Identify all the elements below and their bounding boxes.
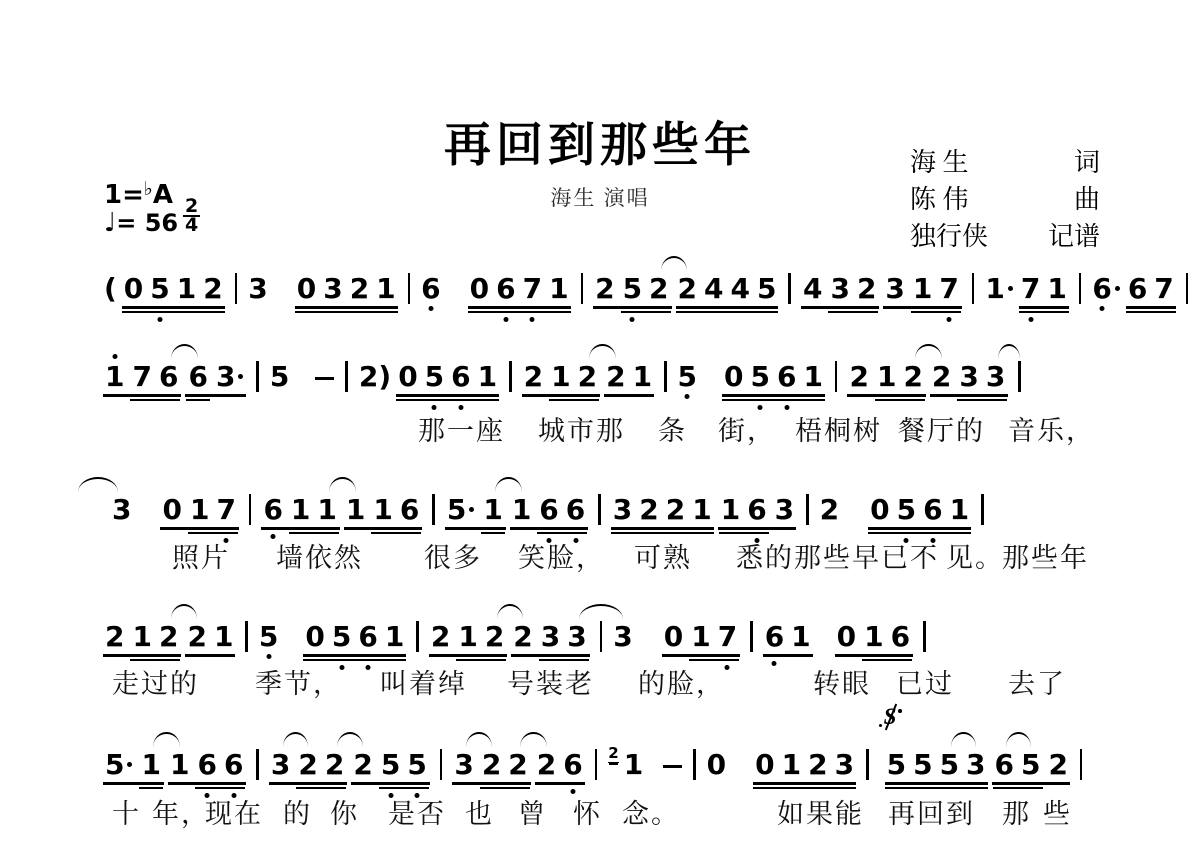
lyric-segment: 走过的 bbox=[112, 662, 199, 701]
lyric-segment: 你 bbox=[330, 792, 359, 831]
beam-group: 1 bbox=[482, 495, 503, 525]
note-7: 7 bbox=[132, 362, 151, 392]
beam-group: 0561 bbox=[723, 362, 824, 392]
lyric-segment: 条 bbox=[658, 409, 687, 448]
low-octave-dot bbox=[630, 317, 635, 322]
note-5: 5 bbox=[381, 750, 400, 780]
beam-group: 233 bbox=[512, 622, 588, 652]
note-1: 1 bbox=[385, 622, 404, 652]
beam-group: 1 bbox=[140, 750, 161, 780]
beam-group: 212 bbox=[523, 362, 599, 392]
lyric-segment: 可熟 bbox=[634, 536, 692, 575]
note-6: 6 bbox=[400, 495, 419, 525]
beam-group: 66 bbox=[196, 750, 244, 780]
beam-group: 432 bbox=[802, 274, 878, 304]
sheet-music-page: 再回到那些年 海生 演唱 海 生 词 陈 伟 曲 独行侠 记谱 1=♭A24 ♩… bbox=[0, 0, 1200, 850]
beam-group: 317 bbox=[884, 274, 960, 304]
note-5: 5 bbox=[897, 495, 916, 525]
beam-group: 12 bbox=[876, 362, 924, 392]
note-2: 2 bbox=[595, 274, 614, 304]
note-3: 3 bbox=[986, 362, 1005, 392]
note-3: 3 bbox=[248, 274, 267, 304]
lyric-segment: 墙依然 bbox=[276, 536, 363, 575]
note-7: 7 bbox=[939, 274, 958, 304]
note-6: 6 bbox=[224, 750, 243, 780]
slur-tie-arc bbox=[466, 732, 491, 747]
note-0: 0 bbox=[707, 750, 726, 780]
note-2: 2 bbox=[857, 274, 876, 304]
note-1: 1 bbox=[791, 622, 810, 652]
spacer bbox=[845, 524, 863, 525]
beam-group: 2445 bbox=[677, 274, 778, 304]
note-2: 2 bbox=[353, 750, 372, 780]
key-prefix: 1= bbox=[104, 180, 144, 210]
note-1: 1 bbox=[177, 274, 196, 304]
beam-group: 116 bbox=[345, 495, 421, 525]
lyric-segment: 号装老 bbox=[507, 662, 594, 701]
note-5: 5 bbox=[757, 274, 776, 304]
note-4: 4 bbox=[731, 274, 750, 304]
augmentation-dot bbox=[238, 374, 243, 379]
beam-group: 252 bbox=[594, 274, 670, 304]
lyric-segment: 的脸， bbox=[638, 662, 725, 701]
lyric-segment: 照片 bbox=[172, 536, 230, 575]
note-5: 5 bbox=[407, 750, 426, 780]
slur-tie-arc bbox=[1006, 732, 1030, 747]
key-tonic: A bbox=[153, 180, 173, 210]
spacer bbox=[732, 779, 748, 780]
lyric-line-3: 走过的季节，叫着绰号装老的脸，转眼已过去了 bbox=[0, 662, 1200, 696]
lyric-segment: 见。 bbox=[946, 536, 1004, 575]
note-5: 5 bbox=[1021, 750, 1040, 780]
spacer bbox=[818, 651, 830, 652]
beam-group: 12 bbox=[457, 622, 505, 652]
slur-tie-arc bbox=[497, 604, 523, 619]
beam-group: 16 bbox=[372, 495, 420, 525]
beam-group: 61 bbox=[764, 622, 812, 652]
beam-group: 163 bbox=[719, 495, 795, 525]
note-2: 2 bbox=[1049, 750, 1068, 780]
beam-group: 652 bbox=[993, 750, 1069, 780]
note-1: 1 bbox=[877, 362, 896, 392]
note-1: 1 bbox=[373, 495, 392, 525]
note-0: 0 bbox=[305, 622, 324, 652]
spacer bbox=[639, 651, 657, 652]
note-2: 2 bbox=[485, 622, 504, 652]
note-0: 0 bbox=[470, 274, 489, 304]
note-7: 7 bbox=[718, 622, 737, 652]
note-6: 6 bbox=[995, 750, 1014, 780]
slur-tie-arc bbox=[78, 477, 118, 492]
lyric-segment: 悉的那些早已不 bbox=[736, 536, 939, 575]
credit-name: 海 生 bbox=[910, 142, 969, 179]
grace-note: 2 bbox=[608, 746, 618, 763]
note-5: 5 bbox=[270, 362, 289, 392]
note-0: 0 bbox=[297, 274, 316, 304]
note-4: 4 bbox=[803, 274, 822, 304]
note-6: 6 bbox=[923, 495, 942, 525]
note-6: 6 bbox=[539, 495, 558, 525]
beam-group: 322 bbox=[453, 750, 529, 780]
note-1: 1 bbox=[105, 362, 124, 392]
note-5: 5 bbox=[887, 750, 906, 780]
note-2: 2 bbox=[508, 750, 527, 780]
lyric-segment: 再回到 bbox=[888, 792, 975, 831]
lyric-segment: 餐厅的 bbox=[898, 409, 985, 448]
note-6: 6 bbox=[765, 622, 784, 652]
slur-tie-arc bbox=[520, 732, 546, 747]
note-1: 1 bbox=[985, 274, 1004, 304]
slur-tie-arc bbox=[283, 732, 308, 747]
note-1: 1 bbox=[291, 495, 310, 525]
slur-tie-arc bbox=[589, 344, 615, 359]
quarter-note-icon: ♩ bbox=[104, 208, 116, 238]
barline bbox=[981, 494, 984, 525]
slur-tie-arc bbox=[171, 344, 198, 359]
lyric-segment: 是否 bbox=[388, 792, 446, 831]
note-2: 2 bbox=[524, 362, 543, 392]
note-7: 7 bbox=[216, 495, 235, 525]
lyric-segment: 叫着绰 bbox=[380, 662, 467, 701]
barline bbox=[788, 273, 791, 304]
lyric-segment: 十 bbox=[112, 792, 141, 831]
beam-group: 67 bbox=[1127, 274, 1175, 304]
note-3: 3 bbox=[567, 622, 586, 652]
beam-group: 255 bbox=[352, 750, 428, 780]
note-4: 4 bbox=[704, 274, 723, 304]
beam-group: 322 bbox=[270, 750, 346, 780]
note-2: 2 bbox=[159, 622, 178, 652]
spacer bbox=[703, 391, 717, 392]
note-3: 3 bbox=[830, 274, 849, 304]
note-0: 0 bbox=[724, 362, 743, 392]
beam-group: 66 bbox=[538, 495, 586, 525]
note-3: 3 bbox=[541, 622, 560, 652]
augmentation-dot bbox=[1115, 286, 1120, 291]
barline bbox=[693, 749, 696, 780]
note-3: 3 bbox=[271, 750, 290, 780]
note-3: 3 bbox=[216, 362, 235, 392]
slur-tie-arc bbox=[171, 604, 197, 619]
note-5: 5 bbox=[447, 495, 466, 525]
barline bbox=[256, 749, 259, 780]
beam-group: 5553 bbox=[886, 750, 987, 780]
barline bbox=[581, 273, 584, 304]
beam-group: 233 bbox=[931, 362, 1007, 392]
beam-group: 0671 bbox=[469, 274, 570, 304]
lyric-segment: 那 bbox=[1002, 792, 1031, 831]
low-octave-dot bbox=[1028, 317, 1033, 322]
spacer bbox=[137, 524, 155, 525]
lyric-segment: 的 bbox=[283, 792, 312, 831]
note-2: 2 bbox=[187, 622, 206, 652]
dash-extension bbox=[315, 377, 334, 381]
beam-group: 3221 bbox=[612, 495, 713, 525]
beam-group: 51 bbox=[104, 750, 163, 780]
note-3: 3 bbox=[959, 362, 978, 392]
slur-tie-arc bbox=[915, 344, 941, 359]
beam-group: 52 bbox=[622, 274, 670, 304]
beam-group: 017 bbox=[161, 495, 237, 525]
note-2: 2 bbox=[932, 362, 951, 392]
tempo-value: = 56 bbox=[116, 209, 178, 237]
barline bbox=[256, 361, 259, 392]
beam-group: 55 bbox=[380, 750, 428, 780]
low-octave-dot bbox=[158, 317, 163, 322]
beam-group: 212 bbox=[848, 362, 924, 392]
note-2: 2 bbox=[678, 274, 697, 304]
beam-group: 166 bbox=[511, 495, 587, 525]
lyric-line-1: 那一座城市那条街，梧桐树餐厅的音乐， bbox=[0, 409, 1200, 443]
note-1: 1 bbox=[376, 274, 395, 304]
note-1: 1 bbox=[190, 495, 209, 525]
note-1: 1 bbox=[782, 750, 801, 780]
beam-group: 12 bbox=[131, 622, 179, 652]
lyric-segment: 些 bbox=[1043, 792, 1072, 831]
barline bbox=[923, 621, 926, 652]
beam-group: 76 bbox=[131, 362, 179, 392]
barline bbox=[416, 621, 419, 652]
note-0: 0 bbox=[162, 495, 181, 525]
note-2: 2 bbox=[849, 362, 868, 392]
note-6: 6 bbox=[1128, 274, 1147, 304]
note-1: 1 bbox=[551, 362, 570, 392]
note-3: 3 bbox=[835, 750, 854, 780]
credit-composer: 陈 伟 曲 bbox=[910, 179, 1100, 216]
note-7: 7 bbox=[1154, 274, 1173, 304]
lyric-segment: 去了 bbox=[1008, 662, 1066, 701]
note-1: 1 bbox=[691, 622, 710, 652]
barline bbox=[432, 494, 435, 525]
note-2: 2 bbox=[203, 274, 222, 304]
beam-group: 166 bbox=[169, 750, 245, 780]
lyric-segment: 也 bbox=[465, 792, 494, 831]
slur-tie-arc bbox=[337, 732, 363, 747]
note-6: 6 bbox=[263, 495, 282, 525]
beam-group: 0123 bbox=[754, 750, 855, 780]
beam-group: 33 bbox=[958, 362, 1006, 392]
note-0: 0 bbox=[664, 622, 683, 652]
credit-role: 词 bbox=[1074, 142, 1100, 179]
spacer bbox=[447, 303, 463, 304]
note-2: 2 bbox=[105, 622, 124, 652]
note-2: 2 bbox=[606, 362, 625, 392]
slur-tie-arc bbox=[153, 732, 179, 747]
note-3: 3 bbox=[112, 495, 131, 525]
low-octave-dot bbox=[947, 317, 952, 322]
note-1: 1 bbox=[170, 750, 189, 780]
note-6: 6 bbox=[159, 362, 178, 392]
barline bbox=[595, 749, 598, 780]
music-line-2: 1766352)05612122150561212233 bbox=[104, 356, 1026, 392]
beam-group: 611 bbox=[262, 495, 338, 525]
lyric-segment: 很多 bbox=[424, 536, 482, 575]
credit-name: 陈 伟 bbox=[910, 179, 969, 216]
beam-group: 51 bbox=[446, 495, 505, 525]
note-1: 1 bbox=[864, 622, 883, 652]
beam-group: 0321 bbox=[296, 274, 397, 304]
note-2: 2 bbox=[350, 274, 369, 304]
note-6: 6 bbox=[358, 622, 377, 652]
beam-group: 17 bbox=[189, 495, 237, 525]
beam-group: 21 bbox=[186, 622, 234, 652]
low-octave-dot bbox=[428, 306, 433, 311]
lyric-segment: 曾 bbox=[518, 792, 547, 831]
barline bbox=[972, 273, 975, 304]
note-5: 5 bbox=[425, 362, 444, 392]
note-2: 2 bbox=[903, 362, 922, 392]
note-2: 2 bbox=[820, 495, 839, 525]
note-1: 1 bbox=[1047, 274, 1066, 304]
low-octave-dot bbox=[503, 317, 508, 322]
flat-icon: ♭ bbox=[144, 178, 153, 200]
note-3: 3 bbox=[885, 274, 904, 304]
note-1: 1 bbox=[483, 495, 502, 525]
credit-role: 曲 bbox=[1074, 179, 1100, 216]
slur-tie-arc bbox=[951, 732, 975, 747]
beam-group: 71 bbox=[1020, 274, 1068, 304]
slur-tie-arc bbox=[495, 477, 521, 492]
note-2: 2 bbox=[482, 750, 501, 780]
lyric-segment: 现在 bbox=[205, 792, 263, 831]
lyric-segment: 季节， bbox=[255, 662, 342, 701]
note-2: 2 bbox=[578, 362, 597, 392]
beam-group: 016 bbox=[836, 622, 912, 652]
beam-group: 26 bbox=[536, 750, 584, 780]
note-0: 0 bbox=[124, 274, 143, 304]
note-6: 6 bbox=[563, 750, 582, 780]
note-6: 6 bbox=[496, 274, 515, 304]
note-1: 1 bbox=[346, 495, 365, 525]
note-1: 1 bbox=[803, 362, 822, 392]
note-2: 2 bbox=[649, 274, 668, 304]
slur-tie-arc bbox=[579, 604, 623, 619]
beam-group: 212 bbox=[430, 622, 506, 652]
lyric-segment: 街， bbox=[718, 409, 776, 448]
lyric-segment: 如果能 bbox=[777, 792, 864, 831]
note-5: 5 bbox=[678, 362, 697, 392]
note-3: 3 bbox=[775, 495, 794, 525]
barline bbox=[600, 621, 603, 652]
dash-extension bbox=[663, 765, 682, 769]
note-1: 1 bbox=[141, 750, 160, 780]
note-0: 0 bbox=[837, 622, 856, 652]
beam-group: 32 bbox=[829, 274, 877, 304]
lyric-segment: 念。 bbox=[622, 792, 680, 831]
lyric-segment: 转眼 bbox=[813, 662, 871, 701]
beam-group: 17 bbox=[690, 622, 738, 652]
note-1: 1 bbox=[512, 495, 531, 525]
barline bbox=[1079, 273, 1082, 304]
music-line-5: 51166322255322262100123S5553652 bbox=[104, 744, 1087, 780]
note-0: 0 bbox=[870, 495, 889, 525]
note-1: 1 bbox=[950, 495, 969, 525]
note-1: 1 bbox=[214, 622, 233, 652]
lyric-segment: 梧桐树 bbox=[795, 409, 882, 448]
note-1: 1 bbox=[913, 274, 932, 304]
note-5: 5 bbox=[751, 362, 770, 392]
note-5: 5 bbox=[150, 274, 169, 304]
note-2: 2 bbox=[298, 750, 317, 780]
barline bbox=[835, 361, 838, 392]
barline bbox=[664, 361, 667, 392]
beam-group: 0512 bbox=[123, 274, 224, 304]
time-signature: 24 bbox=[183, 198, 200, 234]
low-octave-dot bbox=[530, 317, 535, 322]
spacer bbox=[284, 651, 298, 652]
beam-group: 6 bbox=[187, 362, 208, 392]
beam-group: 22 bbox=[297, 750, 345, 780]
note-5: 5 bbox=[940, 750, 959, 780]
note-6: 6 bbox=[421, 274, 440, 304]
note-3: 3 bbox=[613, 622, 632, 652]
meter-denominator: 4 bbox=[183, 217, 200, 234]
beam-group: 17 bbox=[912, 274, 960, 304]
lyric-segment: 城市那 bbox=[538, 409, 625, 448]
beam-group: 22 bbox=[481, 750, 529, 780]
spacer bbox=[649, 779, 657, 780]
credits-block: 海 生 词 陈 伟 曲 独行侠 记谱 bbox=[910, 142, 1100, 253]
low-octave-dot bbox=[266, 654, 271, 659]
lyric-line-4: 十年，现在的你是否也曾怀念。如果能再回到那些 bbox=[0, 792, 1200, 826]
note-2: 2 bbox=[639, 495, 658, 525]
note-5: 5 bbox=[623, 274, 642, 304]
low-octave-dot bbox=[685, 394, 690, 399]
lyric-segment: 年， bbox=[152, 792, 210, 831]
credit-transcriber: 独行侠 记谱 bbox=[910, 216, 1100, 253]
barline bbox=[866, 749, 869, 780]
verse-label: 2) bbox=[359, 362, 391, 392]
note-6: 6 bbox=[188, 362, 207, 392]
lyric-segment: 已过 bbox=[896, 662, 954, 701]
note-5: 5 bbox=[913, 750, 932, 780]
spacer bbox=[295, 391, 309, 392]
note-6: 6 bbox=[566, 495, 585, 525]
note-1: 1 bbox=[549, 274, 568, 304]
beam-group: 176 bbox=[104, 362, 180, 392]
barline bbox=[750, 621, 753, 652]
note-2: 2 bbox=[537, 750, 556, 780]
note-1: 1 bbox=[692, 495, 711, 525]
barline bbox=[598, 494, 601, 525]
barline bbox=[440, 749, 443, 780]
note-3: 3 bbox=[454, 750, 473, 780]
barline bbox=[509, 361, 512, 392]
slur-tie-arc bbox=[329, 477, 355, 492]
note-6: 6 bbox=[1092, 274, 1111, 304]
note-3: 3 bbox=[966, 750, 985, 780]
open-paren: ( bbox=[104, 274, 117, 304]
augmentation-dot bbox=[469, 507, 474, 512]
note-3: 3 bbox=[323, 274, 342, 304]
high-octave-dot bbox=[112, 354, 117, 359]
slur-tie-arc bbox=[661, 256, 687, 271]
lyric-segment: 怀 bbox=[573, 792, 602, 831]
note-6: 6 bbox=[451, 362, 470, 392]
beam-group: 33 bbox=[540, 622, 588, 652]
beam-group: 0561 bbox=[869, 495, 970, 525]
slur-tie-arc bbox=[998, 344, 1020, 359]
spacer bbox=[274, 303, 290, 304]
barline bbox=[408, 273, 411, 304]
tempo-marking: ♩= 56 bbox=[104, 208, 178, 238]
music-line-1: (051230321606712522445432317171667 bbox=[104, 268, 1193, 304]
note-6: 6 bbox=[747, 495, 766, 525]
augmentation-dot bbox=[127, 762, 132, 767]
beam-group: 21 bbox=[605, 362, 653, 392]
low-octave-dot bbox=[1100, 306, 1105, 311]
note-5: 5 bbox=[259, 622, 278, 652]
